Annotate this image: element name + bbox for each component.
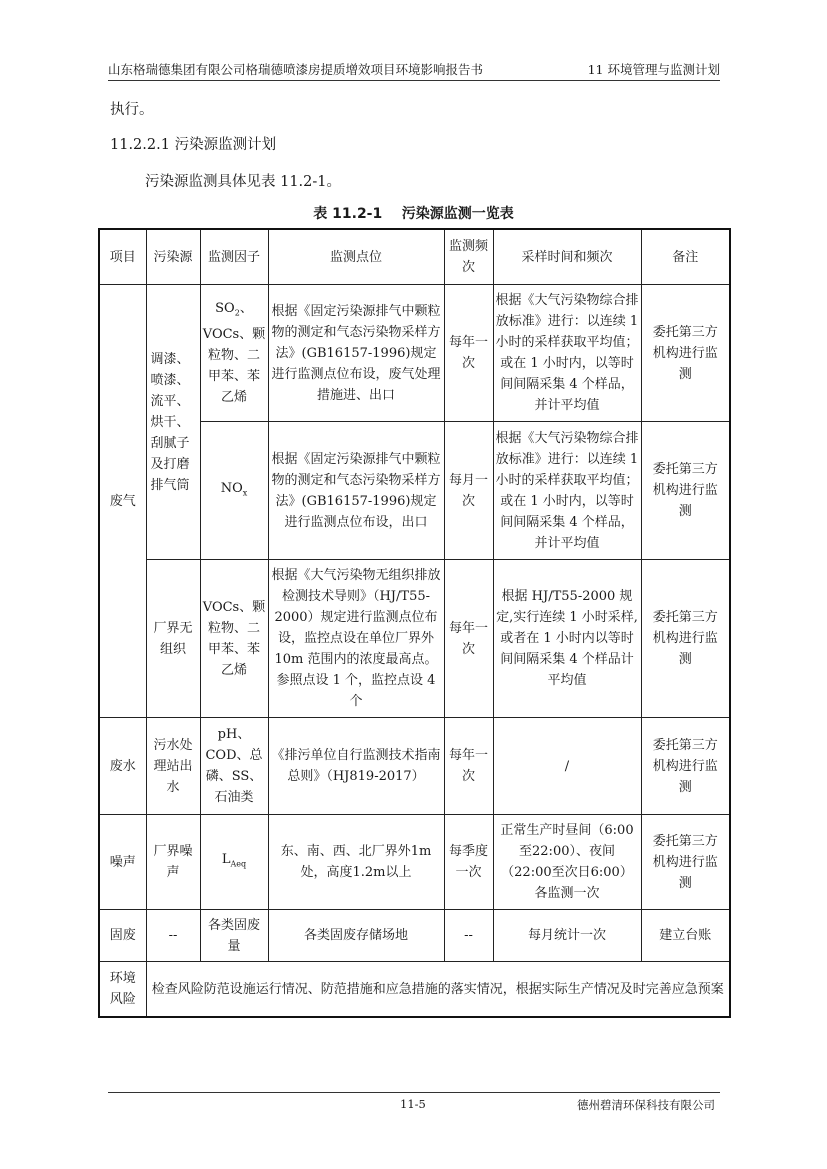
column-header: 监测点位 (268, 229, 444, 285)
frequency-cell: 每季度 一次 (444, 815, 493, 910)
factors-cell: pH、 COD、总 磷、SS、 石油类 (200, 718, 268, 815)
points-cell: 东、南、西、北厂界外1m处，高度1.2m以上 (268, 815, 444, 910)
factor-text: L (222, 852, 231, 867)
monitoring-table: 项目 污染源 监测因子 监测点位 监测频 次 采样时间和频次 备注 废气 调漆、… (98, 228, 731, 1018)
frequency-cell: -- (444, 910, 493, 962)
factor-text: SO (215, 301, 235, 316)
sampling-cell: 正常生产时昼间（6:00至22:00）、夜间（22:00至次日6:00）各监测一… (493, 815, 641, 910)
points-cell: 根据《固定污染源排气中颗粒物的测定和气态污染物采样方法》(GB16157-199… (268, 422, 444, 560)
section-heading: 11.2.2.1 污染源监测计划 (110, 133, 276, 154)
column-header: 监测因子 (200, 229, 268, 285)
frequency-cell: 每年一 次 (444, 285, 493, 422)
frequency-cell: 每年一 次 (444, 560, 493, 718)
source-cell: -- (146, 910, 200, 962)
page-header: 山东格瑞德集团有限公司格瑞德喷漆房提质增效项目环境影响报告书 11 环境管理与监… (108, 58, 720, 78)
remark-cell: 委托第三方 机构进行监 测 (641, 718, 730, 815)
column-header: 项目 (99, 229, 146, 285)
category-cell: 废水 (99, 718, 146, 815)
points-cell: 《排污单位自行监测技术指南 总则》（HJ819-2017） (268, 718, 444, 815)
category-cell: 废气 (99, 285, 146, 718)
points-cell: 根据《固定污染源排气中颗粒物的测定和气态污染物采样方法》(GB16157-199… (268, 285, 444, 422)
column-header: 监测频 次 (444, 229, 493, 285)
source-cell: 调漆、 喷漆、 流平、 烘干、 刮腻子 及打磨 排气筒 (146, 285, 200, 560)
table-row: 厂界无 组织 VOCs、颗 粒物、二 甲苯、苯 乙烯 根据《大气污染物无组织排放… (99, 560, 730, 718)
column-header: 备注 (641, 229, 730, 285)
points-cell: 各类固废存储场地 (268, 910, 444, 962)
header-document-title: 山东格瑞德集团有限公司格瑞德喷漆房提质增效项目环境影响报告书 (108, 60, 483, 78)
column-header: 采样时间和频次 (493, 229, 641, 285)
table-caption: 表 11.2-1 污染源监测一览表 (0, 203, 827, 223)
category-cell: 固废 (99, 910, 146, 962)
table-row: 固废 -- 各类固废 量 各类固废存储场地 -- 每月统计一次 建立台账 (99, 910, 730, 962)
remark-cell: 委托第三方 机构进行监 测 (641, 815, 730, 910)
sampling-cell: 根据《大气污染物综合排放标准》进行：以连续 1 小时的采样获取平均值；或在 1 … (493, 285, 641, 422)
footer-divider (108, 1092, 720, 1093)
sampling-cell: 根据《大气污染物综合排放标准》进行：以连续 1 小时的采样获取平均值；或在 1 … (493, 422, 641, 560)
sampling-cell: 每月统计一次 (493, 910, 641, 962)
factor-text: NO (221, 481, 243, 496)
intro-paragraph: 污染源监测具体见表 11.2-1。 (145, 170, 341, 191)
body-text-continuation: 执行。 (110, 98, 154, 119)
source-cell: 污水处 理站出 水 (146, 718, 200, 815)
source-cell: 厂界无 组织 (146, 560, 200, 718)
factor-subscript: Aeq (231, 860, 247, 869)
remark-cell: 建立台账 (641, 910, 730, 962)
column-header: 污染源 (146, 229, 200, 285)
factors-cell: VOCs、颗 粒物、二 甲苯、苯 乙烯 (200, 560, 268, 718)
sampling-cell: / (493, 718, 641, 815)
page-number: 11-5 (400, 1097, 426, 1111)
risk-content-cell: 检查风险防范设施运行情况、防范措施和应急措施的落实情况，根据实际生产情况及时完善… (146, 962, 730, 1018)
header-chapter-title: 11 环境管理与监测计划 (588, 60, 720, 78)
factors-cell: LAeq (200, 815, 268, 910)
frequency-cell: 每月一 次 (444, 422, 493, 560)
remark-cell: 委托第三方 机构进行监 测 (641, 560, 730, 718)
factors-cell: NOx (200, 422, 268, 560)
table-header-row: 项目 污染源 监测因子 监测点位 监测频 次 采样时间和频次 备注 (99, 229, 730, 285)
remark-cell: 委托第三方 机构进行监 测 (641, 285, 730, 422)
points-cell: 根据《大气污染物无组织排放检测技术导则》（HJ/T55-2000）规定进行监测点… (268, 560, 444, 718)
category-cell: 噪声 (99, 815, 146, 910)
table-row: 噪声 厂界噪 声 LAeq 东、南、西、北厂界外1m处，高度1.2m以上 每季度… (99, 815, 730, 910)
header-divider (108, 80, 720, 81)
table-row: 环境 风险 检查风险防范设施运行情况、防范措施和应急措施的落实情况，根据实际生产… (99, 962, 730, 1018)
table-row: 废气 调漆、 喷漆、 流平、 烘干、 刮腻子 及打磨 排气筒 SO2、 VOCs… (99, 285, 730, 422)
frequency-cell: 每年一 次 (444, 718, 493, 815)
table-row: 废水 污水处 理站出 水 pH、 COD、总 磷、SS、 石油类 《排污单位自行… (99, 718, 730, 815)
source-cell: 厂界噪 声 (146, 815, 200, 910)
sampling-cell: 根据 HJ/T55-2000 规定,实行连续 1 小时采样,或者在 1 小时内以… (493, 560, 641, 718)
factors-cell: SO2、 VOCs、颗 粒物、二 甲苯、苯 乙烯 (200, 285, 268, 422)
footer-company: 德州碧清环保科技有限公司 (577, 1097, 715, 1113)
category-cell: 环境 风险 (99, 962, 146, 1018)
factors-cell: 各类固废 量 (200, 910, 268, 962)
remark-cell: 委托第三方 机构进行监 测 (641, 422, 730, 560)
factor-subscript: x (243, 488, 248, 497)
